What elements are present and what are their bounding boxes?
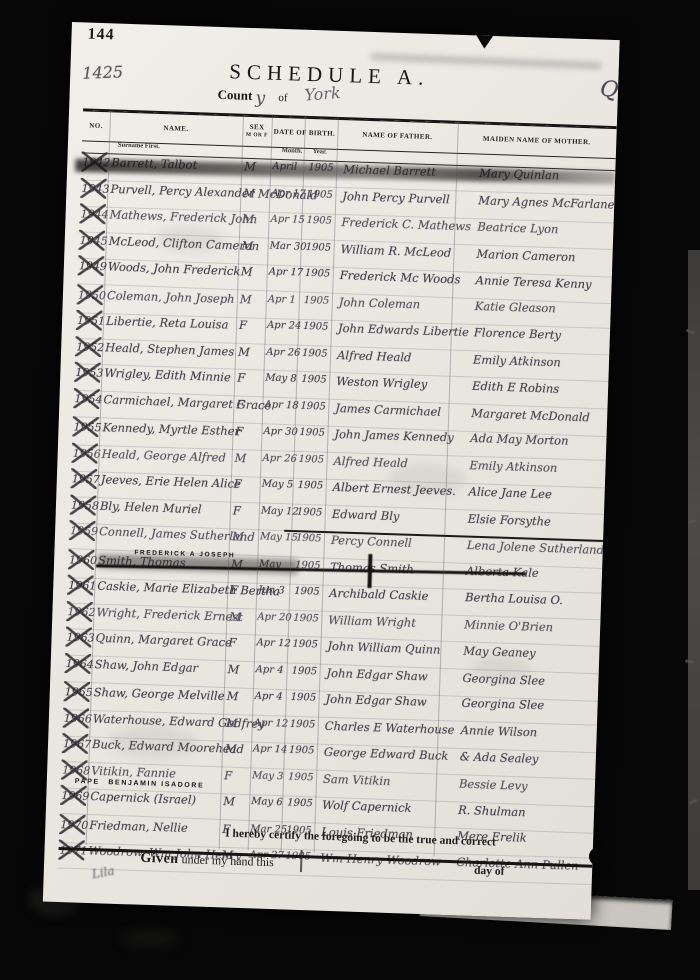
- record-table: No. NAME. Sex M or F Date of Birth. NAME…: [59, 108, 617, 867]
- cell-sex: F: [228, 637, 254, 649]
- cell-name: Jeeves, Erie Helen Alice: [101, 474, 241, 490]
- cell-year: 1905: [305, 269, 335, 280]
- cell-sex: M: [227, 691, 253, 703]
- background-smudge: [120, 930, 180, 948]
- cell-sex: F: [224, 770, 250, 782]
- subheader-month: Month.: [282, 147, 303, 155]
- cell-mother: Annie Wilson: [461, 725, 601, 741]
- cell-name: Friedman, Nellie: [89, 820, 229, 836]
- cross-mark: [69, 520, 96, 541]
- cross-mark: [63, 707, 90, 728]
- cell-father: Weston Wrigley: [336, 376, 461, 392]
- cell-year: 1905: [304, 296, 334, 307]
- cell-mother: Georgina Slee: [461, 698, 601, 714]
- cell-name: Connell, James Sutherland: [99, 526, 239, 543]
- cell-father: John Edgar Shaw: [326, 667, 451, 683]
- cell-father: John Edgar Shaw: [325, 694, 450, 709]
- cell-father: Albert Ernest Jeeves.: [333, 482, 458, 498]
- ink-dot: [608, 866, 614, 872]
- table-body: 1942Barrett, TalbotMApril1905Michael Bar…: [58, 152, 615, 885]
- cell-sex: M: [225, 743, 251, 755]
- cell-father: Alfred Heald: [333, 455, 458, 470]
- cell-sex: M: [243, 187, 269, 199]
- cell-sex: M: [226, 717, 252, 729]
- cell-mother: Georgina Slee: [462, 672, 602, 689]
- cell-sex: F: [239, 320, 265, 332]
- cell-name: Woods, John Frederick: [108, 261, 248, 278]
- cell-year: 1905: [299, 428, 329, 439]
- cell-father: John William Quinn: [327, 641, 452, 657]
- cell-father: Edward Bly: [332, 508, 457, 524]
- cell-sex: M: [227, 664, 253, 676]
- subheader-year: Year.: [313, 148, 327, 155]
- count-label: Count: [217, 87, 252, 103]
- cross-mark: [71, 442, 98, 463]
- document-page: 144 1425 SCHEDULE A. Count y of York Q. …: [43, 22, 620, 920]
- cell-year: 1905: [287, 798, 317, 809]
- cross-mark: [65, 627, 92, 648]
- cell-father: James Carmichael: [335, 402, 460, 418]
- cell-mother: Ada May Morton: [470, 433, 610, 449]
- cross-mark: [78, 229, 105, 250]
- torn-notch: [475, 34, 493, 49]
- adjacent-page-edge: [688, 250, 700, 890]
- cell-name: Shaw, George Melville: [94, 687, 234, 703]
- cross-mark: [73, 388, 100, 409]
- cell-sex: M: [223, 796, 249, 808]
- cell-year: 1905: [296, 534, 326, 545]
- cross-mark: [59, 814, 86, 835]
- cell-year: 1905: [302, 348, 332, 359]
- cell-mother: Florence Berty: [474, 327, 614, 343]
- cell-year: 1905: [289, 746, 319, 757]
- cross-mark: [60, 785, 87, 806]
- cell-name: Kennedy, Myrtle Esther: [102, 422, 242, 438]
- cell-sex: M: [241, 240, 267, 252]
- cross-mark: [68, 549, 95, 570]
- cell-father: John Percy Purvell: [342, 191, 467, 206]
- cell-year: 1905: [292, 640, 322, 651]
- cross-mark: [80, 177, 107, 198]
- cross-mark: [70, 494, 97, 515]
- cross-mark: [64, 653, 91, 674]
- cell-father: Frederick C. Mathews: [341, 217, 466, 233]
- cell-sex: M: [242, 214, 268, 226]
- cell-father: Percy Connell: [331, 535, 456, 551]
- cell-name: Coleman, John Joseph: [107, 290, 247, 306]
- cell-name: Wright, Frederick Ernest: [96, 607, 236, 623]
- cell-name: Quinn, Margaret Grace: [95, 633, 235, 649]
- cross-mark: [61, 759, 88, 780]
- cross-mark: [67, 575, 94, 596]
- cell-name: Carmichael, Margaret Grace: [103, 394, 243, 411]
- count-suffix-handwritten: y: [255, 88, 265, 108]
- cell-name: Buck, Edward Moorehead: [92, 739, 232, 755]
- cell-mother: R. Shulman: [458, 805, 598, 822]
- cell-sex: M: [232, 531, 258, 543]
- of-label: of: [278, 92, 288, 104]
- cell-mother: Margaret McDonald: [471, 408, 611, 425]
- cross-mark: [74, 362, 101, 383]
- corner-flourish: Q.: [598, 76, 620, 105]
- hole-punch: [589, 847, 608, 866]
- cell-father: Frederick Mc Woods: [340, 270, 465, 286]
- cell-mother: Marion Cameron: [476, 248, 616, 264]
- cell-name: Caskie, Marie Elizabeth Bertha: [97, 581, 237, 597]
- cell-father: George Edward Buck: [324, 747, 449, 763]
- cell-year: 1905: [294, 587, 324, 598]
- cell-father: Sam Vitikin: [323, 773, 448, 789]
- cell-year: 1905: [291, 666, 321, 677]
- cell-sex: F: [234, 479, 260, 491]
- cross-mark: [72, 416, 99, 437]
- cell-name: Waterhouse, Edward Godfrey: [93, 713, 233, 729]
- cell-father: William R. McLeod: [340, 244, 465, 260]
- cell-mother: Emily Atkinson: [469, 460, 609, 476]
- cross-mark: [75, 336, 102, 357]
- cell-name: Heald, George Alfred: [102, 448, 242, 464]
- cell-year: 1905: [288, 772, 318, 783]
- cell-year: 1905: [303, 322, 333, 333]
- cell-mother: Alice Jane Lee: [468, 486, 608, 502]
- edge-mark: [685, 659, 694, 664]
- cell-name: McLeod, Clifton Cameron: [109, 235, 249, 251]
- cell-mother: Edith E Robins: [472, 381, 612, 397]
- cell-mother: Annie Teresa Kenny: [475, 275, 615, 292]
- county-line: Count y of York: [217, 84, 341, 108]
- cell-year: 1905: [307, 189, 337, 200]
- cell-year: 1905: [293, 613, 323, 624]
- cell-mother: Mary Agnes McFarlane: [478, 195, 618, 211]
- cell-father: Archibald Caskie: [329, 588, 454, 603]
- cell-mother: & Ada Sealey: [460, 751, 600, 767]
- cell-sex: F: [233, 505, 259, 517]
- cell-name: Wrigley, Edith Minnie: [104, 368, 244, 384]
- cross-mark: [63, 681, 90, 702]
- cell-year: 1905: [297, 507, 327, 518]
- cross-mark: [76, 310, 103, 331]
- cell-sex: F: [237, 372, 263, 384]
- page-number: 144: [87, 26, 115, 45]
- cell-father: John James Kennedy: [334, 429, 459, 444]
- cell-name: Libertie, Reta Louisa: [106, 316, 246, 332]
- cell-name: Purvell, Percy Alexander McDonald: [110, 183, 250, 199]
- cross-mark: [66, 601, 93, 622]
- header-no: No.: [82, 110, 110, 141]
- cell-name: Capernick (Israel): [90, 791, 230, 808]
- cell-mother: Bessie Levy: [459, 778, 599, 794]
- cell-sex: F: [230, 585, 256, 597]
- cell-father: Wolf Capernick: [322, 800, 447, 816]
- cell-name: Mathews, Frederick John: [109, 209, 249, 225]
- cell-year: 1905: [306, 216, 336, 227]
- cell-father: John Edwards Libertie: [338, 323, 463, 338]
- cell-sex: M: [234, 452, 260, 464]
- cell-year: 1905: [301, 375, 331, 386]
- cell-sex: F: [235, 426, 261, 438]
- cross-mark: [78, 255, 105, 276]
- cell-name: Bly, Helen Muriel: [100, 500, 240, 516]
- cross-mark: [79, 203, 106, 224]
- cell-year: 1905: [298, 481, 328, 492]
- cell-sex: F: [236, 399, 262, 411]
- cell-father: John Coleman: [339, 297, 464, 312]
- county-name-handwritten: York: [304, 83, 341, 105]
- cell-mother: Lena Jolene Sutherland: [467, 540, 607, 557]
- cell-father: Alfred Heald: [337, 349, 462, 365]
- corner-scribble: Lila: [91, 864, 116, 882]
- cross-mark: [71, 468, 98, 489]
- cell-mother: Minnie O'Brien: [464, 619, 604, 635]
- cell-name: Shaw, John Edgar: [95, 659, 235, 676]
- strikethrough-mark: [367, 553, 372, 587]
- cell-year: 1905: [291, 693, 321, 704]
- header-sex: Sex M or F: [242, 116, 272, 147]
- cell-year: 1905: [305, 242, 335, 253]
- cell-name: Heald, Stephen James: [105, 342, 245, 358]
- cell-mother: Bertha Louisa O.: [465, 592, 605, 608]
- cell-year: 1905: [290, 719, 320, 730]
- cell-year: 1905: [298, 454, 328, 465]
- cell-mother: Emily Atkinson: [473, 354, 613, 370]
- subheader-surname-first: Surname First.: [118, 142, 160, 150]
- cell-sex: M: [240, 294, 266, 306]
- cell-year: 1905: [300, 401, 330, 412]
- cell-mother: Elsie Forsythe: [468, 513, 608, 529]
- cell-mother: Beatrice Lyon: [477, 222, 617, 238]
- cross-mark: [77, 284, 104, 305]
- cell-sex: M: [238, 346, 264, 358]
- cell-mother: Katie Gleason: [475, 300, 615, 316]
- cell-father: William Wright: [328, 614, 453, 630]
- cell-mother: May Geaney: [463, 646, 603, 662]
- scanned-document-viewport: 144 1425 SCHEDULE A. Count y of York Q. …: [0, 0, 700, 980]
- day-of-label: day of: [474, 865, 505, 878]
- cross-mark: [62, 733, 89, 754]
- given-word: Given: [140, 851, 179, 867]
- cell-father: Charles E Waterhouse: [325, 720, 450, 735]
- cell-sex: M: [241, 266, 267, 278]
- cell-sex: M: [229, 611, 255, 623]
